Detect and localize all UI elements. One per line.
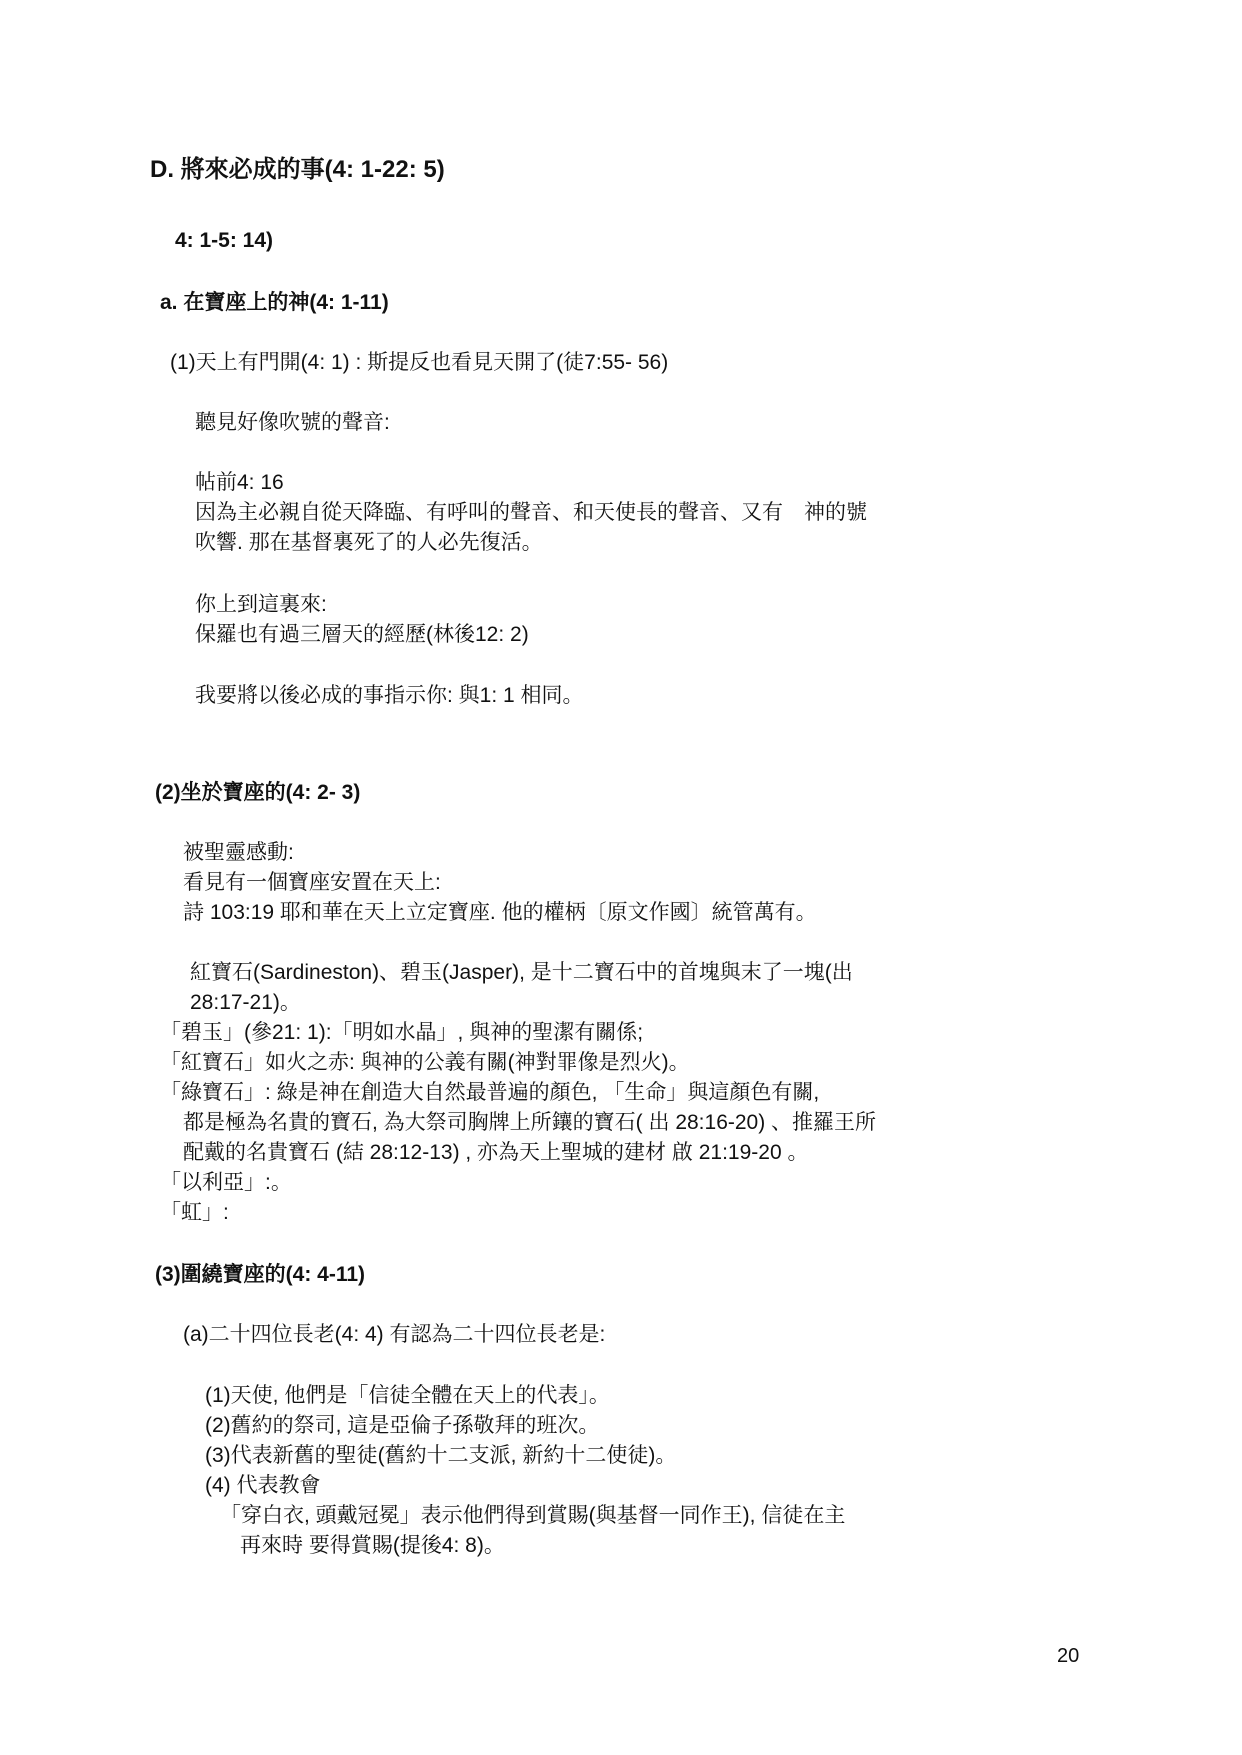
page-number: 20 [1057,1645,1079,1668]
subheading-a: a. 在寶座上的神(4: 1-11) [160,290,389,316]
scripture-ref: 帖前4: 16 [195,470,284,496]
text-line: 紅寶石(Sardineston)、碧玉(Jasper), 是十二寶石中的首塊與末… [190,960,853,986]
list-item: (1)天使, 他們是「信徒全體在天上的代表」。 [205,1383,610,1409]
text-line: 聽見好像吹號的聲音: [195,410,390,436]
text-line: 28:17-21)。 [190,990,301,1016]
list-item: (3)代表新舊的聖徒(舊約十二支派, 新約十二使徒)。 [205,1443,676,1469]
subheading-chapter-range: 4: 1-5: 14) [175,228,273,254]
text-line: 被聖靈感動: [183,840,294,866]
list-item: (4) 代表教會 [205,1473,321,1499]
text-line: 「穿白衣, 頭戴冠冕」表示他們得到賞賜(與基督一同作王), 信徒在主 [220,1503,845,1529]
text-line: 保羅也有過三層天的經歷(林後12: 2) [195,622,529,648]
text-line-emerald: 「綠寶石」: 綠是神在創造大自然最普遍的顏色, 「生命」與這顏色有關, [160,1080,819,1106]
text-line: 再來時 要得賞賜(提後4: 8)。 [240,1533,505,1559]
list-item: (2)舊約的祭司, 這是亞倫子孫敬拜的班次。 [205,1413,599,1439]
text-line: 都是極為名貴的寶石, 為大祭司胸牌上所鑲的寶石( 出 28:16-20) 、推羅… [183,1110,876,1136]
subheading-2-throne: (2)坐於寶座的(4: 2- 3) [155,780,360,806]
text-line: 吹響. 那在基督裏死了的人必先復活。 [195,530,543,556]
text-line-jasper: 「碧玉」(參21: 1):「明如水晶」, 與神的聖潔有關係; [160,1020,643,1046]
text-line: 配戴的名貴寶石 (結 28:12-13) , 亦為天上聖城的建材 啟 21:19… [183,1140,808,1166]
text-line: 你上到這裏來: [195,592,327,618]
text-line: 因為主必親自從天降臨、有呼叫的聲音、和天使長的聲音、又有 神的號 [195,500,867,526]
text-line: 看見有一個寶座安置在天上: [183,870,441,896]
section-heading-d: D. 將來必成的事(4: 1-22: 5) [150,155,445,185]
subheading-3-around-throne: (3)圍繞寶座的(4: 4-11) [155,1262,365,1288]
point-a-elders: (a)二十四位長老(4: 4) 有認為二十四位長老是: [183,1322,605,1348]
text-line-rainbow: 「虹」: [160,1200,229,1226]
text-line: 「以利亞」:。 [160,1170,292,1196]
text-line-sardius: 「紅寶石」如火之赤: 與神的公義有關(神對罪像是烈火)。 [160,1050,690,1076]
point-1-heaven-door: (1)天上有門開(4: 1) : 斯提反也看見天開了(徒7:55- 56) [170,350,668,376]
text-line: 我要將以後必成的事指示你: 與1: 1 相同。 [195,683,584,709]
text-line: 詩 103:19 耶和華在天上立定寶座. 他的權柄〔原文作國〕統管萬有。 [183,900,817,926]
